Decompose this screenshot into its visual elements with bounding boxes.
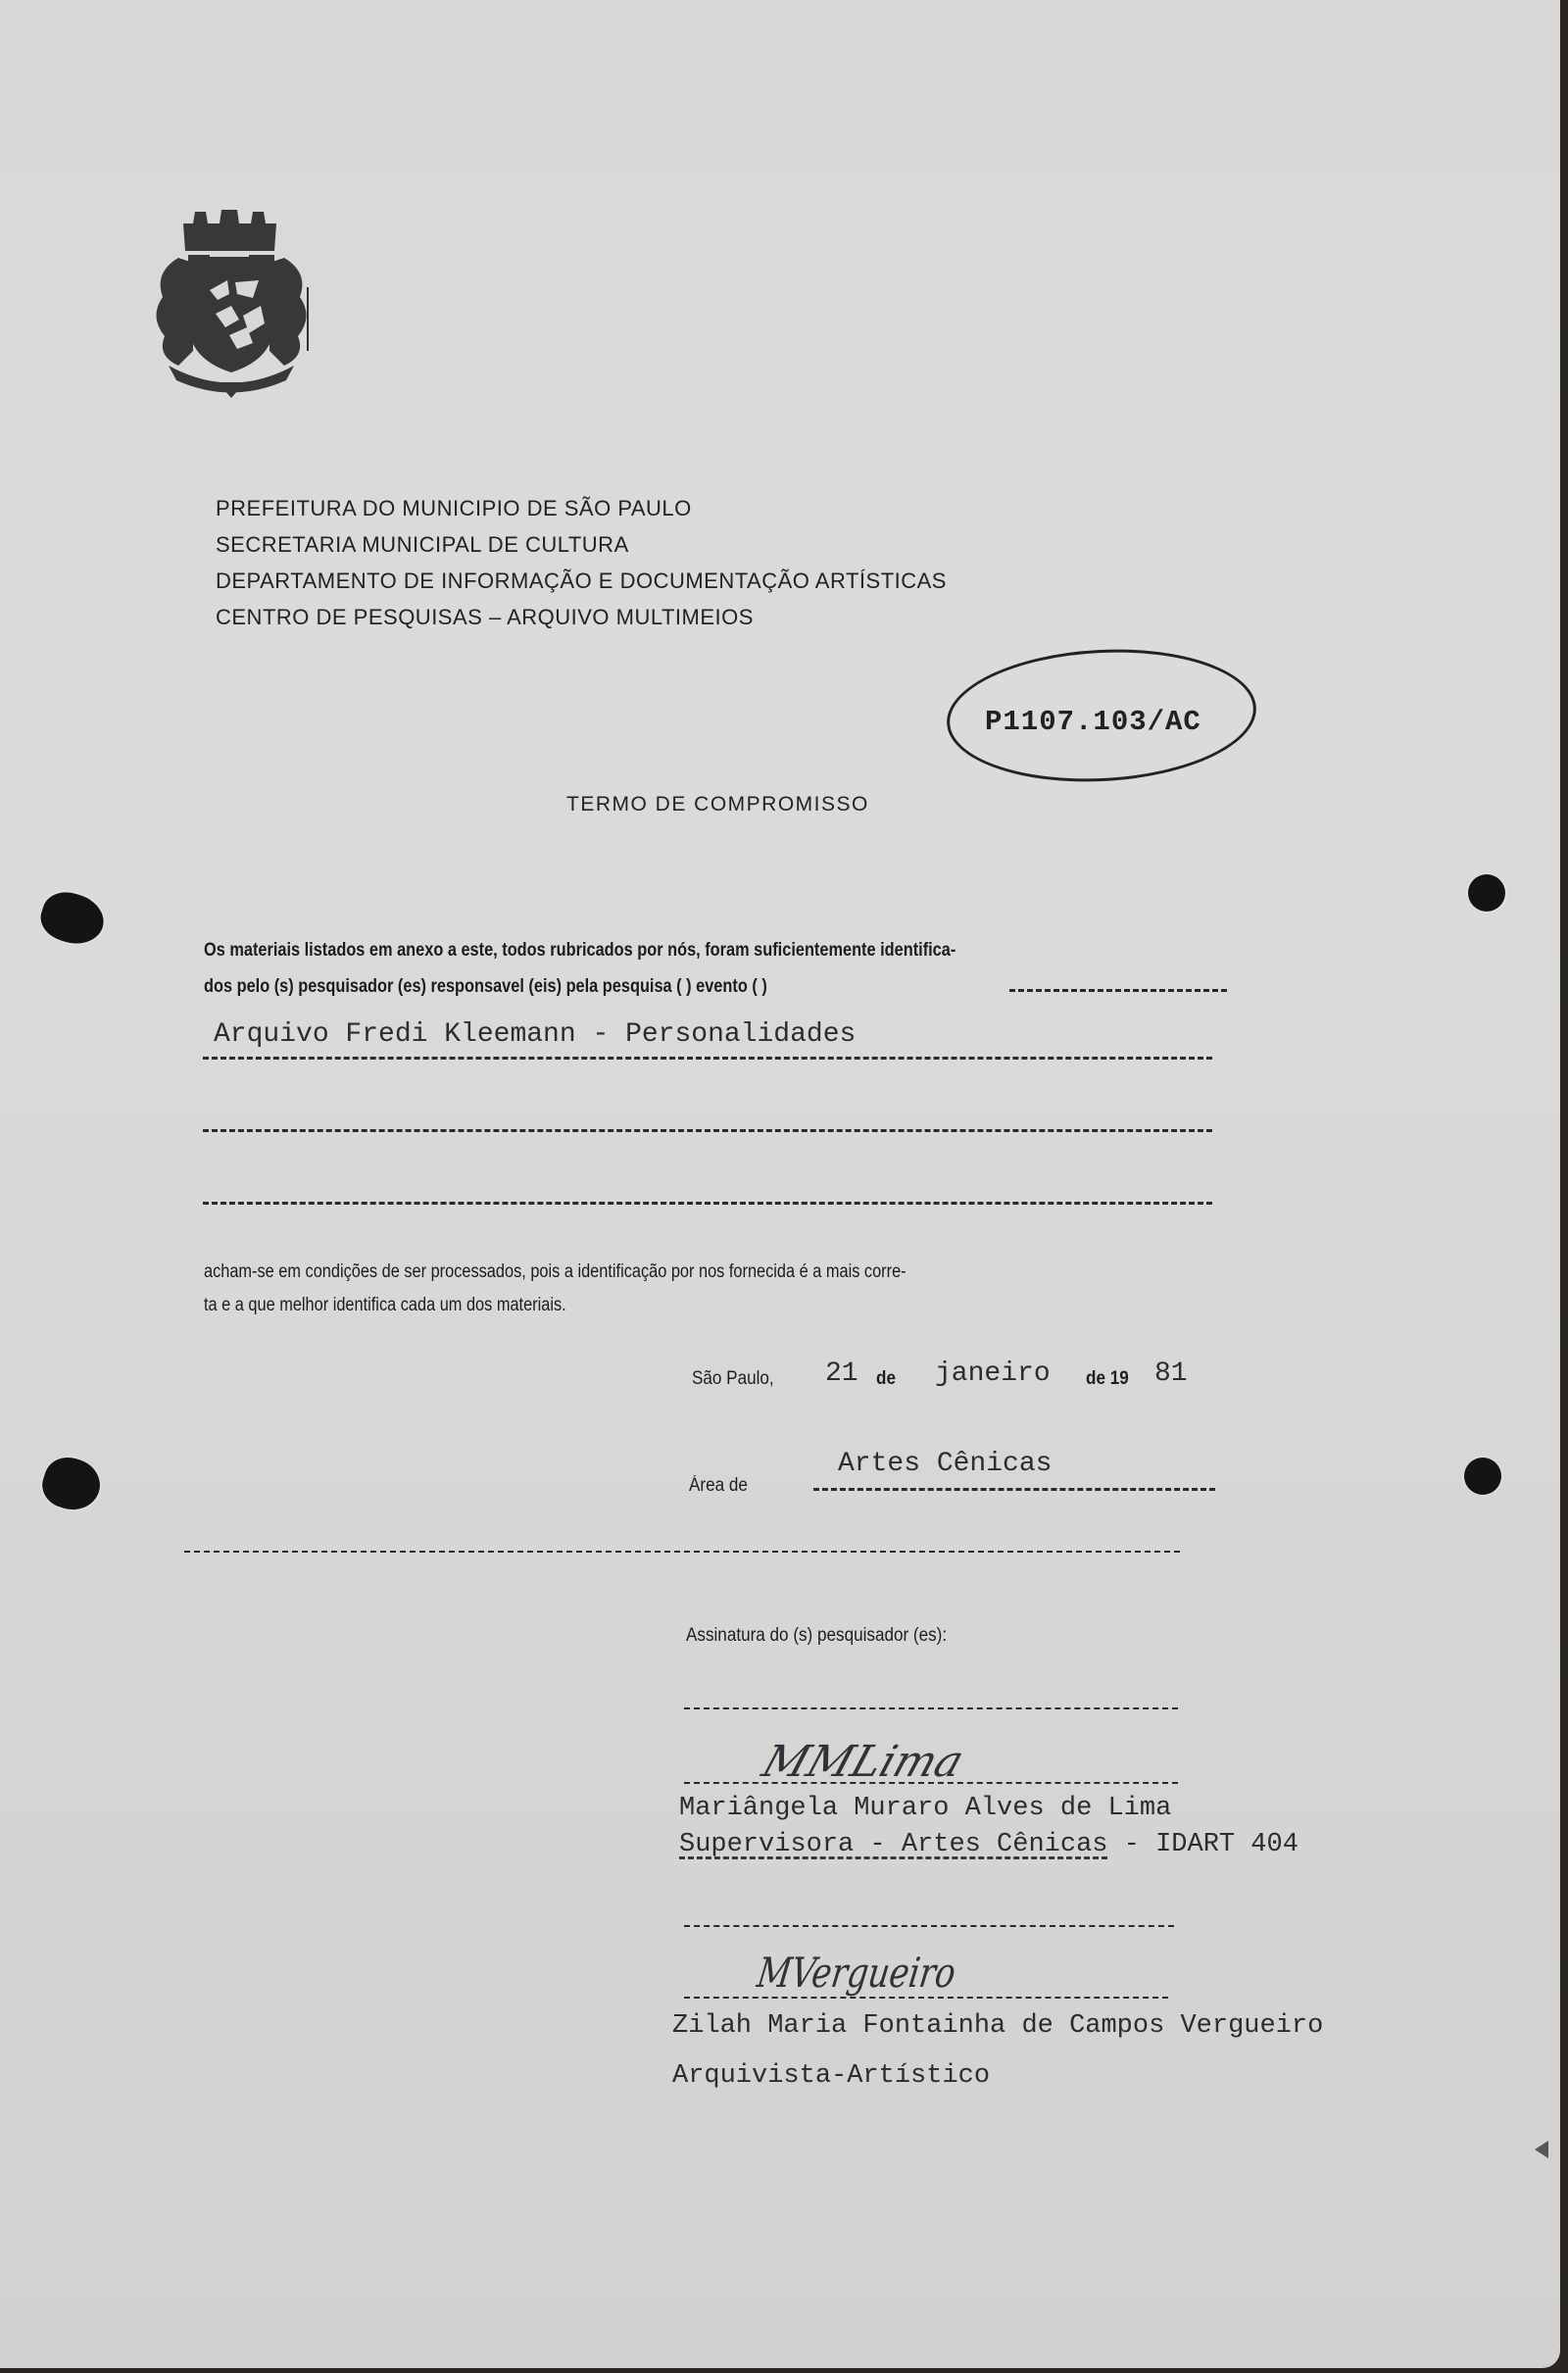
closing-text-line-1: acham-se em condições de ser processados… <box>204 1261 906 1283</box>
paper-mark <box>1535 2141 1548 2158</box>
intro-text-line-2: dos pelo (s) pesquisador (es) responsave… <box>204 976 767 998</box>
date-de-label-2: de 19 <box>1086 1368 1129 1390</box>
date-city-label: São Paulo, <box>692 1368 774 1390</box>
signatory-1-role-row: Supervisora - Artes Cênicas - IDART 404 <box>679 1830 1298 1859</box>
signatures-label: Assinatura do (s) pesquisador (es): <box>686 1625 947 1647</box>
intro-trailing-line <box>1009 989 1227 992</box>
header-centro: CENTRO DE PESQUISAS – ARQUIVO MULTIMEIOS <box>216 605 754 630</box>
sao-paulo-coat-of-arms-icon <box>149 204 316 400</box>
signature-1: MMLima <box>757 1737 970 1787</box>
document-title: TERMO DE COMPROMISSO <box>566 793 869 816</box>
filled-line-3 <box>203 1202 1212 1205</box>
document-page: PREFEITURA DO MUNICIPIO DE SÃO PAULO SEC… <box>0 0 1560 2368</box>
intro-text-line-1: Os materiais listados em anexo a este, t… <box>204 940 955 962</box>
punch-hole-left-bottom <box>36 1451 106 1516</box>
signature-2: MVergueiro <box>755 1949 958 1997</box>
signature-line-blank-2 <box>684 1925 1174 1927</box>
signatory-2-role: Arquivista-Artístico <box>672 2061 990 2091</box>
signatory-1-name: Mariângela Muraro Alves de Lima <box>679 1794 1171 1823</box>
area-line <box>813 1488 1215 1491</box>
filled-line-2 <box>203 1129 1212 1132</box>
header-secretaria: SECRETARIA MUNICIPAL DE CULTURA <box>216 532 629 558</box>
date-month: janeiro <box>935 1359 1051 1389</box>
closing-text-line-2: ta e a que melhor identifica cada um dos… <box>204 1295 566 1316</box>
signatory-1-role-suffix: - IDART 404 <box>1107 1830 1298 1859</box>
signatory-1-role: Supervisora - Artes Cênicas <box>679 1830 1107 1859</box>
date-de-label-1: de <box>876 1368 896 1390</box>
punch-hole-right-bottom <box>1464 1458 1501 1495</box>
separator-line <box>184 1551 1180 1553</box>
reference-code: P1107.103/AC <box>985 706 1201 738</box>
signatory-2-name: Zilah Maria Fontainha de Campos Vergueir… <box>672 2011 1323 2041</box>
punch-hole-left-top <box>35 885 110 951</box>
date-day: 21 <box>825 1359 858 1389</box>
area-value: Artes Cênicas <box>838 1449 1052 1479</box>
filled-line-1 <box>203 1057 1212 1060</box>
date-year: 81 <box>1154 1359 1188 1389</box>
punch-hole-right-top <box>1468 874 1505 912</box>
header-prefeitura: PREFEITURA DO MUNICIPIO DE SÃO PAULO <box>216 496 692 521</box>
area-label: Área de <box>689 1475 748 1497</box>
signature-line-2 <box>684 1997 1168 1999</box>
signature-line-1 <box>684 1782 1178 1784</box>
header-departamento: DEPARTAMENTO DE INFORMAÇÃO E DOCUMENTAÇÃ… <box>216 569 947 594</box>
signature-line-blank <box>684 1707 1178 1709</box>
filled-line-1-text: Arquivo Fredi Kleemann - Personalidades <box>214 1019 856 1050</box>
